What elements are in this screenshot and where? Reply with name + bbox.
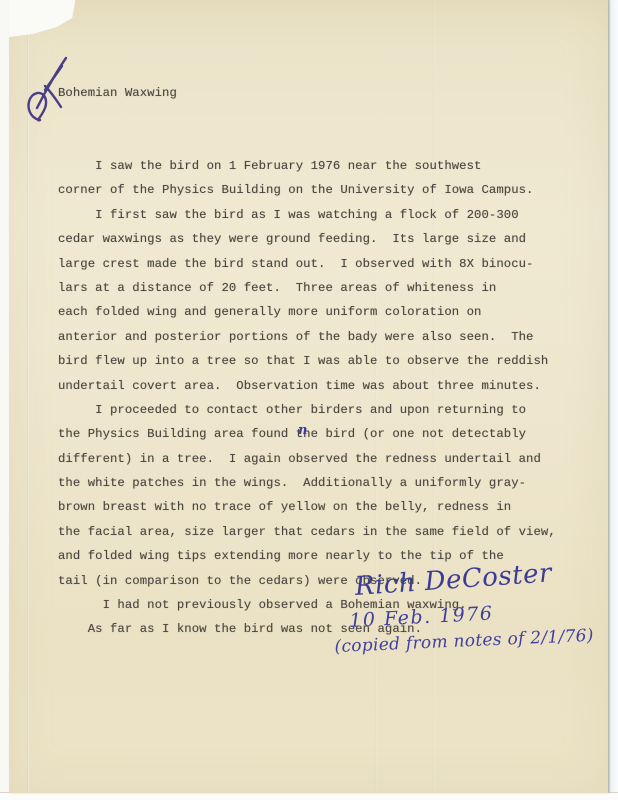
typed-line: I proceeded to contact other birders and…: [58, 398, 556, 422]
typed-line: different) in a tree. I again observed t…: [58, 447, 556, 471]
typed-line: anterior and posterior portions of the b…: [58, 325, 556, 349]
typed-line: the facial area, size larger that cedars…: [58, 520, 556, 544]
typed-line: each folded wing and generally more unif…: [58, 300, 556, 324]
typed-line: corner of the Physics Building on the Un…: [58, 178, 556, 202]
typed-line: undertail covert area. Observation time …: [58, 374, 556, 398]
scan-margin-right: [608, 0, 618, 800]
scanned-document-page: { "colors": { "paper": "#ece4c9", "typew…: [0, 0, 618, 800]
paper-sheet: Bohemian Waxwing I saw the bird on 1 Feb…: [9, 0, 608, 793]
typed-line: lars at a distance of 20 feet. Three are…: [58, 276, 556, 300]
typed-line: cedar waxwings as they were ground feedi…: [58, 227, 556, 251]
typed-line: I first saw the bird as I was watching a…: [58, 203, 556, 227]
scan-margin-left: [0, 0, 9, 800]
typed-line: the white patches in the wings. Addition…: [58, 471, 556, 495]
scan-margin-bottom: [0, 792, 618, 800]
typed-line: I saw the bird on 1 February 1976 near t…: [58, 154, 556, 178]
correction-letter: n: [298, 423, 307, 438]
typed-line: brown breast with no trace of yellow on …: [58, 495, 556, 519]
document-title: Bohemian Waxwing: [58, 81, 556, 105]
typed-line: large crest made the bird stand out. I o…: [58, 252, 556, 276]
typed-line: bird flew up into a tree so that I was a…: [58, 349, 556, 373]
